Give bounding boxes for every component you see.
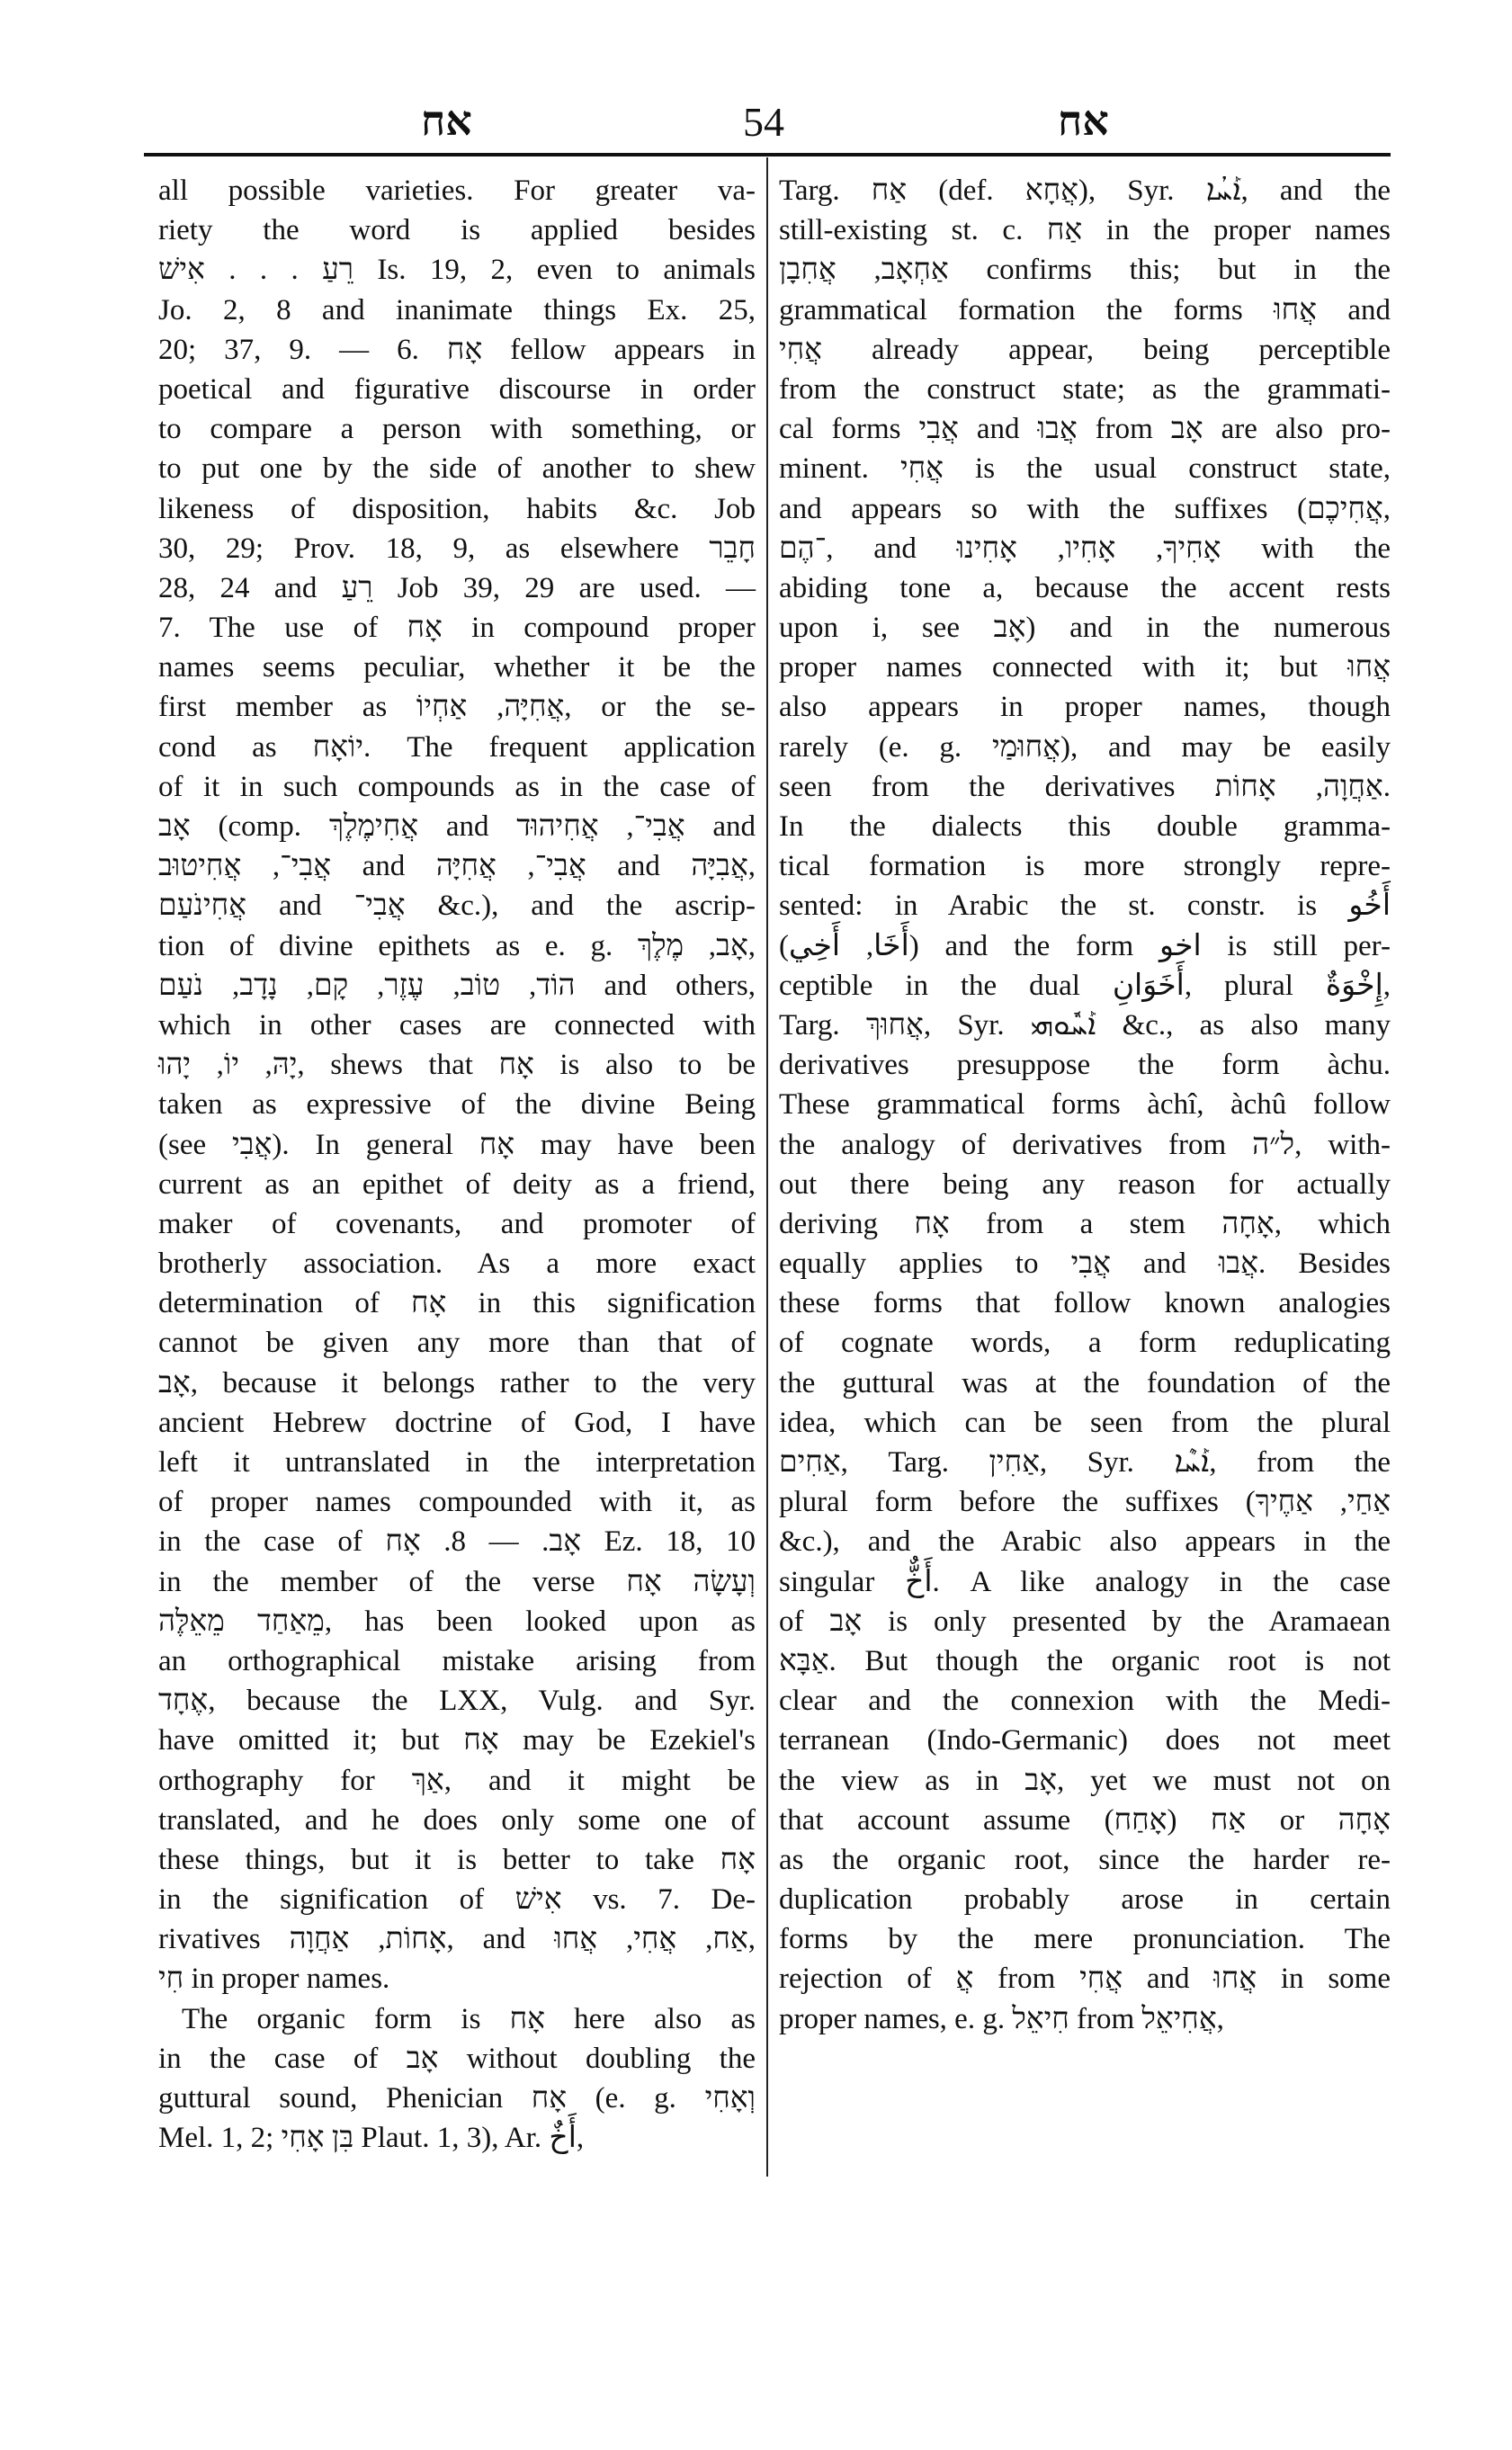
text-line: and appears so with the suffixes (אֲחִיכ… [779,489,1391,529]
text-line: חִי in proper names. [158,1959,756,1998]
text-line: out there being any reason for actually [779,1165,1391,1204]
text-line: translated, and he does only some one of [158,1801,756,1840]
text-line: the guttural was at the foundation of th… [779,1364,1391,1403]
text-line: maker of covenants, and promoter of [158,1204,756,1244]
header-rule [144,153,1391,156]
text-line: of it in such compounds as in the case o… [158,767,756,807]
text-line: from the construct state; as the grammat… [779,370,1391,409]
text-line: taken as expressive of the divine Being [158,1085,756,1124]
text-line: The organic form is אָח here also as [158,1999,756,2039]
text-line: rarely (e. g. אֲחוּמַי), and may be easi… [779,728,1391,767]
text-line: determination of אָח in this significati… [158,1283,756,1323]
text-line: as the organic root, since the harder re… [779,1840,1391,1880]
text-line: proper names, e. g. חִיאֵל from אֲחִיאֵל… [779,1999,1391,2039]
text-line: forms by the mere pronunciation. The [779,1919,1391,1959]
text-line: minent. אֲחִי is the usual construct sta… [779,449,1391,488]
text-line: first member as אֲחִיָּה, אַחְיוֹ, or th… [158,687,756,727]
text-line: left it untranslated in the interpretati… [158,1443,756,1482]
text-line: these forms that follow known analogies [779,1283,1391,1323]
text-line: אָב (comp. אֲחִימֶלֶךְ and אֲבִי־, אֲחִי… [158,807,756,846]
text-line: brotherly association. As a more exact [158,1244,756,1283]
text-line: אֶחָד, because the LXX, Vulg. and Syr. [158,1681,756,1721]
text-line: cannot be given any more than that of [158,1323,756,1363]
text-line: these things, but it is better to take א… [158,1840,756,1880]
text-line: הוֹד, טוֹב, עֶזֶר, קָם, נָדָב, נֹעַם and… [158,966,756,1006]
text-line: (see אֲבִי). In general אָח may have bee… [158,1125,756,1165]
text-line: מֵאַחַד מֵאֵלֶּה, has been looked upon a… [158,1602,756,1641]
text-line: ceptible in the dual أَخَوَانِ, plural إ… [779,966,1391,1006]
text-line: of cognate words, a form reduplicating [779,1323,1391,1363]
text-line: Mel. 1, 2; בִּן אָחִי Plaut. 1, 3), Ar. … [158,2118,756,2158]
text-line: singular أَخٌّ. A like analogy in the ca… [779,1562,1391,1602]
column-divider [766,157,768,2177]
text-line: to put one by the side of another to she… [158,449,756,488]
text-line: idea, which can be seen from the plural [779,1403,1391,1443]
text-line: which in other cases are connected with [158,1006,756,1045]
text-line: rejection of אֲ from אֲחִי and אֲחוּ in … [779,1959,1391,1998]
text-line: 30, 29; Prov. 18, 9, as elsewhere חָבֵר [158,529,756,568]
page-number: 54 [743,99,784,146]
text-line: In the dialects this double gramma- [779,807,1391,846]
text-line: still-existing st. c. אַח in the proper … [779,210,1391,250]
text-line: אַבָּא. But though the organic root is n… [779,1641,1391,1681]
text-line: ־הֶם, and אָחִיךָ, אָחִיו, אָחִינוּ with… [779,529,1391,568]
text-line: 20; 37, 9. — 6. אָח fellow appears in [158,330,756,370]
text-line: deriving אָח from a stem אָחָה, which [779,1204,1391,1244]
text-line: אֲחִינֹעַם and אֲבִי־ &c.), and the ascr… [158,886,756,925]
text-line: אַחְאָב, אֲחִבָן confirms this; but in t… [779,250,1391,290]
text-line: &c.), and the Arabic also appears in the [779,1522,1391,1561]
text-line: that account assume אַח (אָחַח) or אָחָה [779,1801,1391,1840]
text-line: the view as in אָב, yet we must not on [779,1761,1391,1801]
text-line: also appears in proper names, though [779,687,1391,727]
text-line: ancient Hebrew doctrine of God, I have [158,1403,756,1443]
text-line: equally applies to אֲבִי and אֲבוּ. Besi… [779,1244,1391,1283]
text-line: have omitted it; but אָח may be Ezekiel'… [158,1721,756,1760]
text-line: tion of divine epithets as e. g. אָב, מֶ… [158,926,756,966]
running-head-right: אח [1058,97,1109,144]
text-line: 7. The use of אָח in compound proper [158,608,756,648]
text-line: Targ. אַח (def. אֲחָא), Syr. ܐܰܚܳܐ, and … [779,171,1391,210]
text-line: the analogy of derivatives from ל״ה, wit… [779,1125,1391,1165]
text-line: clear and the connexion with the Medi- [779,1681,1391,1721]
text-line: upon i, see אָב) and in the numerous [779,608,1391,648]
text-line: duplication probably arose in certain [779,1880,1391,1919]
text-line: in the case of אָב. — 8. אָח Ez. 18, 10 [158,1522,756,1561]
text-line: derivatives presuppose the form àchu. [779,1045,1391,1085]
text-line: current as an epithet of deity as a frie… [158,1165,756,1204]
text-line: names seems peculiar, whether it be the [158,648,756,687]
text-line: cal forms אֲבִי and אֲבוּ from אָב are a… [779,409,1391,449]
left-column: all possible varieties. For greater va-r… [158,171,756,2158]
text-line: poetical and figurative discourse in ord… [158,370,756,409]
text-line: רֵעַ . . . אִישׁ Is. 19, 2, even to anim… [158,250,756,290]
text-line: likeness of disposition, habits &c. Job [158,489,756,529]
text-line: יָהּ, יוֹ, יָהוּ, shews that אָח is also… [158,1045,756,1085]
text-line: proper names connected with it; but אֲחו… [779,648,1391,687]
text-line: seen from the derivatives אַחֲוָה, אָחוֹ… [779,767,1391,807]
text-line: terranean (Indo-Germanic) does not meet [779,1721,1391,1760]
text-line: in the case of אָב without doubling the [158,2039,756,2079]
text-line: to compare a person with something, or [158,409,756,449]
text-line: These grammatical forms àchî, àchû follo… [779,1085,1391,1124]
text-line: אַחִים, Targ. אַחִין, Syr. ܐܰܚܶܐ, from t… [779,1443,1391,1482]
page-header: אח 54 אח [0,97,1512,148]
text-line: אָב, because it belongs rather to the ve… [158,1364,756,1403]
text-line: אֲחִי already appear, being perceptible [779,330,1391,370]
right-column: Targ. אַח (def. אֲחָא), Syr. ܐܰܚܳܐ, and … [779,171,1391,2039]
text-line: sented: in Arabic the st. constr. is أَخ… [779,886,1391,925]
text-line: (أَخَا, أَخِي) and the form اخو is still… [779,926,1391,966]
text-line: cond as יוֹאָח. The frequent application [158,728,756,767]
text-line: Targ. אֲחוּךְ, Syr. ܐܰܚܽܘܗܝ &c., as also… [779,1006,1391,1045]
text-line: rivatives אָחוֹת, אַחֲוָה, and אַח, אֲחִ… [158,1919,756,1959]
text-line: in the member of the verse וְעָשָׂה אָח [158,1562,756,1602]
text-line: grammatical formation the forms אֲחוּ an… [779,291,1391,330]
text-line: 28, 24 and רֵעַ Job 39, 29 are used. — [158,568,756,608]
text-line: plural form before the suffixes (אַחַי, … [779,1482,1391,1522]
text-line: guttural sound, Phenician אָח (e. g. וְא… [158,2079,756,2118]
text-line: abiding tone a, because the accent rests [779,568,1391,608]
text-line: orthography for אַךְ, and it might be [158,1761,756,1801]
text-line: in the signification of אִישׁ vs. 7. De- [158,1880,756,1919]
text-line: an orthographical mistake arising from [158,1641,756,1681]
text-line: of אָב is only presented by the Aramaean [779,1602,1391,1641]
text-line: all possible varieties. For greater va- [158,171,756,210]
text-line: Jo. 2, 8 and inanimate things Ex. 25, [158,291,756,330]
running-head-left: אח [421,97,472,144]
text-line: אֲבִי־, אֲחִיטוּב and אֲבִי־, אֲחִיָּה a… [158,846,756,886]
text-line: of proper names compounded with it, as [158,1482,756,1522]
text-line: riety the word is applied besides [158,210,756,250]
text-line: tical formation is more strongly repre- [779,846,1391,886]
